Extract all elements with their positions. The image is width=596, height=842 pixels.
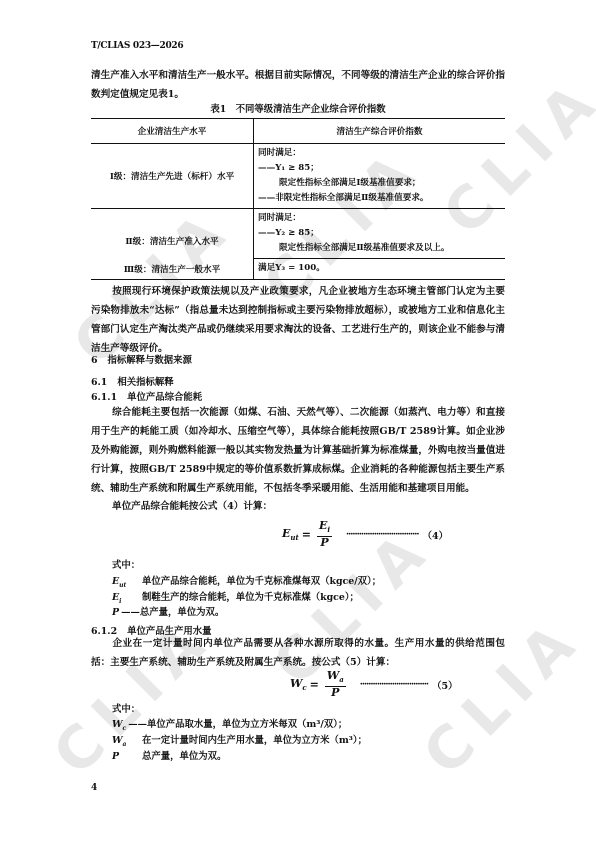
paragraph-text: 综合能耗主要包括一次能源（如煤、石油、天然气等）、二次能源（如蒸汽、电力等）和直… [91, 407, 505, 494]
paragraph-text: 企业在一定计量时间内单位产品需要从各种水源所取得的水量。生产用水量的供给范围包括… [91, 638, 505, 668]
table-row: Ⅰ级：清洁生产先进（标杆）水平 同时满足： ——Y₁ ≥ 85； 限定性指标全部… [91, 144, 505, 209]
section-title: 相关指标解释 [117, 377, 173, 388]
energy-paragraph: 综合能耗主要包括一次能源（如煤、石油、天然气等）、二次能源（如蒸汽、电力等）和直… [91, 403, 505, 498]
paragraph-text: 单位产品综合能耗按公式（4）计算： [112, 501, 272, 512]
criteria-line: ——Y₁ ≥ 85； [258, 161, 501, 176]
table-row: Ⅲ级：清洁生产一般水平 满足Y₃ = 100。 [91, 259, 505, 280]
formula-5: Wc = Wa P ······························… [290, 670, 458, 699]
criteria-line: 限定性指标全部满足Ⅱ级基准值要求及以上。 [258, 241, 501, 256]
document-page: T/CLIAS 023—2026 清生产准入水平和清洁生产一般水平。根据目前实际… [0, 0, 596, 842]
page-number: 4 [91, 783, 97, 793]
document-code: T/CLIAS 023—2026 [91, 41, 183, 51]
section-6-1-heading: 6.1相关指标解释 [91, 374, 174, 388]
intro-paragraph: 清生产准入水平和清洁生产一般水平。根据目前实际情况，不同等级的清洁生产企业的综合… [91, 66, 505, 104]
where-label: 式中： [112, 558, 140, 573]
section-title: 单位产品综合能耗 [127, 392, 202, 403]
water-paragraph: 企业在一定计量时间内单位产品需要从各种水源所取得的水量。生产用水量的供给范围包括… [91, 634, 505, 672]
formula-lhs: Eut [282, 527, 299, 542]
paragraph-text: 按照现行环境保护政策法规以及产业政策要求，凡企业被地方生态环境主管部门认定为主要… [91, 286, 505, 354]
table-row: Ⅱ级：清洁生产准入水平 同时满足： ——Y₂ ≥ 85； 限定性指标全部满足Ⅱ级… [91, 209, 505, 259]
table-caption: 表1 不同等级清洁生产企业综合评价指数 [91, 101, 505, 115]
criteria-line: 同时满足： [258, 211, 501, 226]
formula-fraction: Ei P [317, 520, 332, 549]
criteria-line: 限定性指标全部满足Ⅰ级基准值要求； [258, 176, 501, 191]
level-cell: Ⅰ级：清洁生产先进（标杆）水平 [91, 144, 254, 209]
leader-dots: ································ [360, 680, 428, 690]
equation-number: （5） [432, 678, 458, 692]
formula-4: Eut = Ei P ·····························… [282, 520, 448, 549]
variable-definition: P总产量，单位为双。 [112, 749, 226, 764]
where-label: 式中： [112, 702, 140, 717]
section-number: 6.1 [91, 377, 107, 388]
criteria-cell: 满足Y₃ = 100。 [254, 259, 506, 280]
table-header-row: 企业清洁生产水平 清洁生产综合评价指数 [91, 119, 505, 144]
formula-lhs: Wc [290, 677, 307, 692]
section-6-1-1-heading: 6.1.1单位产品综合能耗 [91, 389, 202, 403]
criteria-cell: 同时满足： ——Y₁ ≥ 85； 限定性指标全部满足Ⅰ级基准值要求； ——非限定… [254, 144, 506, 209]
section-number: 6 [91, 355, 98, 366]
equation-number: （4） [423, 528, 449, 542]
column-header: 清洁生产综合评价指数 [254, 119, 506, 144]
criteria-line: ——非限定性指标全部满足Ⅱ级基准值要求。 [258, 191, 501, 206]
formula-4-intro: 单位产品综合能耗按公式（4）计算： [91, 497, 505, 516]
criteria-cell: 同时满足： ——Y₂ ≥ 85； 限定性指标全部满足Ⅱ级基准值要求及以上。 [254, 209, 506, 259]
variable-definition: P——总产量，单位为双。 [112, 605, 224, 620]
criteria-line: 同时满足： [258, 146, 501, 161]
leader-dots: ·································· [346, 530, 419, 540]
level-cell: Ⅲ级：清洁生产一般水平 [91, 259, 254, 280]
section-title: 指标解释与数据来源 [108, 355, 192, 366]
column-header: 企业清洁生产水平 [91, 119, 254, 144]
evaluation-index-table: 企业清洁生产水平 清洁生产综合评价指数 Ⅰ级：清洁生产先进（标杆）水平 同时满足… [91, 118, 505, 280]
section-number: 6.1.1 [91, 392, 117, 403]
level-cell: Ⅱ级：清洁生产准入水平 [91, 209, 254, 259]
formula-fraction: Wa P [325, 670, 346, 699]
exclusion-paragraph: 按照现行环境保护政策法规以及产业政策要求，凡企业被地方生态环境主管部门认定为主要… [91, 282, 505, 358]
criteria-line: ——Y₂ ≥ 85； [258, 226, 501, 241]
criteria-line: 满足Y₃ = 100。 [258, 261, 501, 276]
section-6-heading: 6指标解释与数据来源 [91, 352, 192, 366]
